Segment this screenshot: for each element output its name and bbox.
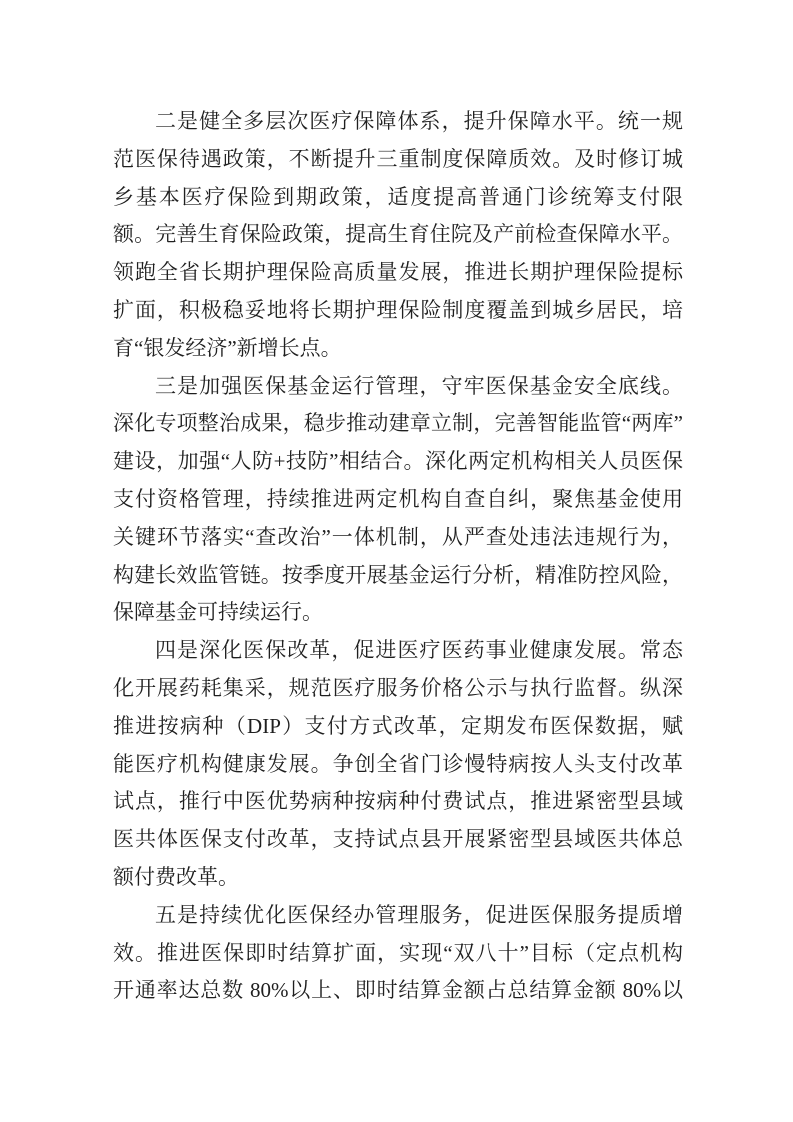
text-line: 能医疗机构健康发展。争创全省门诊慢特病按人头支付改革 xyxy=(113,746,683,784)
text-line: 构建长效监管链。按季度开展基金运行分析，精准防控风险， xyxy=(113,557,683,595)
text-line: 育“银发经济”新增长点。 xyxy=(113,330,683,368)
text-line: 关键环节落实“查改治”一体机制，从严查处违法违规行为， xyxy=(113,519,683,557)
text-line: 试点，推行中医优势病种按病种付费试点，推进紧密型县域 xyxy=(113,783,683,821)
text-line: 额付费改革。 xyxy=(113,859,683,897)
paragraph-point-two-benefit-system: 二是健全多层次医疗保障体系，提升保障水平。统一规范医保待遇政策，不断提升三重制度… xyxy=(113,103,683,368)
text-line: 乡基本医疗保险到期政策，适度提高普通门诊统筹支付限 xyxy=(113,179,683,217)
text-line: 推进按病种（DIP）支付方式改革，定期发布医保数据，赋 xyxy=(113,708,683,746)
text-line: 领跑全省长期护理保险高质量发展，推进长期护理保险提标 xyxy=(113,254,683,292)
text-line: 保障基金可持续运行。 xyxy=(113,594,683,632)
text-line: 二是健全多层次医疗保障体系，提升保障水平。统一规 xyxy=(113,103,683,141)
paragraph-point-three-fund-supervision: 三是加强医保基金运行管理，守牢医保基金安全底线。深化专项整治成果，稳步推动建章立… xyxy=(113,368,683,633)
document-body: 二是健全多层次医疗保障体系，提升保障水平。统一规范医保待遇政策，不断提升三重制度… xyxy=(113,103,683,1010)
text-line: 支付资格管理，持续推进两定机构自查自纠，聚焦基金使用 xyxy=(113,481,683,519)
text-line: 额。完善生育保险政策，提高生育住院及产前检查保障水平。 xyxy=(113,216,683,254)
paragraph-point-five-service: 五是持续优化医保经办管理服务，促进医保服务提质增效。推进医保即时结算扩面，实现“… xyxy=(113,897,683,1010)
text-line: 效。推进医保即时结算扩面，实现“双八十”目标（定点机构 xyxy=(113,935,683,973)
text-line: 扩面，积极稳妥地将长期护理保险制度覆盖到城乡居民，培 xyxy=(113,292,683,330)
paragraph-point-four-reform: 四是深化医保改革，促进医疗医药事业健康发展。常态化开展药耗集采，规范医疗服务价格… xyxy=(113,632,683,897)
text-line: 化开展药耗集采，规范医疗服务价格公示与执行监督。纵深 xyxy=(113,670,683,708)
text-line: 开通率达总数 80%以上、即时结算金额占总结算金额 80%以 xyxy=(113,972,683,1010)
text-line: 五是持续优化医保经办管理服务，促进医保服务提质增 xyxy=(113,897,683,935)
text-line: 四是深化医保改革，促进医疗医药事业健康发展。常态 xyxy=(113,632,683,670)
text-line: 深化专项整治成果，稳步推动建章立制，完善智能监管“两库” xyxy=(113,405,683,443)
text-line: 范医保待遇政策，不断提升三重制度保障质效。及时修订城 xyxy=(113,141,683,179)
text-line: 三是加强医保基金运行管理，守牢医保基金安全底线。 xyxy=(113,368,683,406)
text-line: 医共体医保支付改革，支持试点县开展紧密型县域医共体总 xyxy=(113,821,683,859)
text-line: 建设，加强“人防+技防”相结合。深化两定机构相关人员医保 xyxy=(113,443,683,481)
document-page: 二是健全多层次医疗保障体系，提升保障水平。统一规范医保待遇政策，不断提升三重制度… xyxy=(0,0,793,1122)
